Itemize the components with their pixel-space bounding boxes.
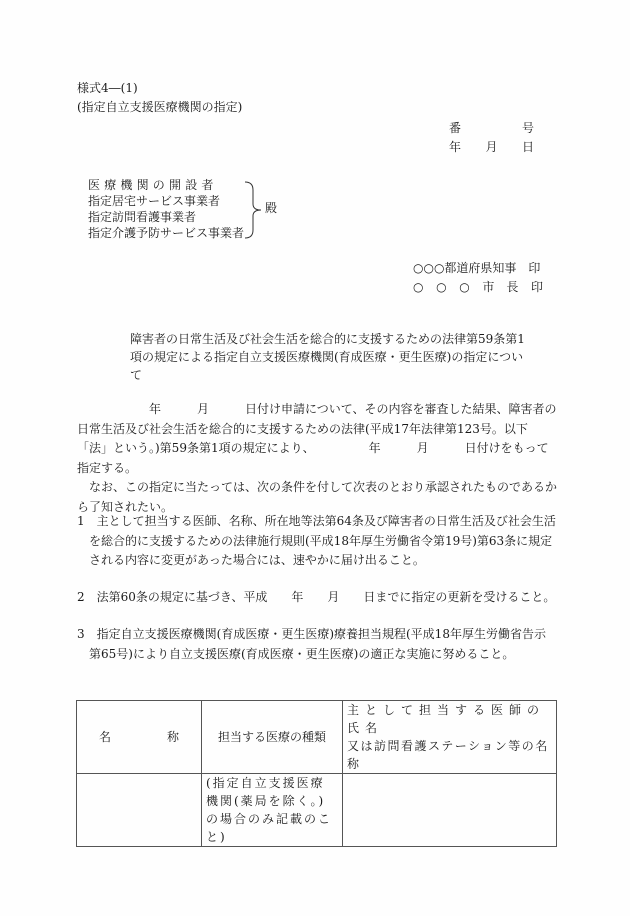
number-label-2: 号 — [522, 119, 534, 138]
city-circle: ○ — [413, 278, 423, 297]
document-page: 様式4―(1) (指定自立支援医療機関の指定) 番 号 年 月 日 医療機関の開… — [0, 0, 630, 916]
header-name: 名 称 — [77, 701, 202, 774]
header-doctor-line2: 又は訪問看護ステーション等の名称 — [347, 737, 552, 773]
document-subject: 障害者の日常生活及び社会生活を総合的に支援するための法律第59条第1項の規定によ… — [130, 330, 530, 384]
city-circle: ○ — [436, 278, 446, 297]
reference-date: 年 月 日 — [449, 138, 534, 157]
header-name-char-2: 称 — [167, 728, 179, 747]
condition-2: 2 法第60条の規定に基づき、平成 年 月 日までに指定の更新を受けること。 — [77, 588, 557, 608]
cell-doctor[interactable] — [343, 774, 557, 847]
table-header-row: 名 称 担当する医療の種類 主として担当する医師の氏名 又は訪問看護ステーション… — [77, 701, 557, 774]
addressee-item: 医療機関の開設者 — [88, 177, 244, 193]
addressee-item: 指定居宅サービス事業者 — [88, 193, 244, 209]
body-paragraph-1: 年 月 日付け申請について、その内容を審査した結果、障害者の日常生活及び社会生活… — [77, 400, 557, 478]
addressee-item: 指定訪問看護事業者 — [88, 209, 244, 225]
table-row: (指定自立支援医療機関(薬局を除く。)の場合のみ記載のこと) — [77, 774, 557, 847]
number-label-1: 番 — [449, 119, 461, 138]
addressee-item: 指定介護予防サービス事業者 — [88, 225, 244, 241]
seal-mark: 印 — [531, 278, 543, 297]
issuer-mayor: ○ ○ ○ 市 長 印 — [413, 278, 543, 297]
city-circle: ○ — [459, 278, 469, 297]
condition-3: 3 指定自立支援医療機関(育成医療・更生医療)療養担当規程(平成18年厚生労働省… — [77, 625, 557, 664]
header-name-char-1: 名 — [99, 728, 111, 747]
honorific: 殿 — [265, 199, 277, 218]
body-text: 年 月 日付け申請について、その内容を審査した結果、障害者の日常生活及び社会生活… — [77, 400, 557, 517]
form-subtitle: (指定自立支援医療機関の指定) — [77, 98, 242, 117]
curly-brace-icon — [243, 180, 265, 240]
cell-kind: (指定自立支援医療機関(薬局を除く。)の場合のみ記載のこと) — [202, 774, 343, 847]
condition-text: 3 指定自立支援医療機関(育成医療・更生医療)療養担当規程(平成18年厚生労働省… — [77, 625, 557, 664]
mayor-title: 市 長 — [482, 278, 518, 297]
issuer-governor: ○○○都道府県知事 印 — [413, 259, 540, 278]
designation-table: 名 称 担当する医療の種類 主として担当する医師の氏名 又は訪問看護ステーション… — [76, 700, 557, 847]
condition-text: 1 主として担当する医師、名称、所在地等法第64条及び障害者の日常生活及び社会生… — [77, 512, 557, 571]
header-kind: 担当する医療の種類 — [202, 701, 343, 774]
year-label: 年 — [449, 138, 461, 157]
reference-number: 番 号 — [449, 119, 534, 138]
cell-name[interactable] — [77, 774, 202, 847]
month-label: 月 — [485, 138, 497, 157]
header-doctor: 主として担当する医師の氏名 又は訪問看護ステーション等の名称 — [343, 701, 557, 774]
form-number: 様式4―(1) — [77, 79, 138, 98]
day-label: 日 — [522, 138, 534, 157]
header-doctor-line1: 主として担当する医師の氏名 — [347, 701, 552, 737]
condition-text: 2 法第60条の規定に基づき、平成 年 月 日までに指定の更新を受けること。 — [77, 588, 557, 608]
addressee-list: 医療機関の開設者 指定居宅サービス事業者 指定訪問看護事業者 指定介護予防サービ… — [88, 177, 244, 241]
condition-1: 1 主として担当する医師、名称、所在地等法第64条及び障害者の日常生活及び社会生… — [77, 512, 557, 571]
